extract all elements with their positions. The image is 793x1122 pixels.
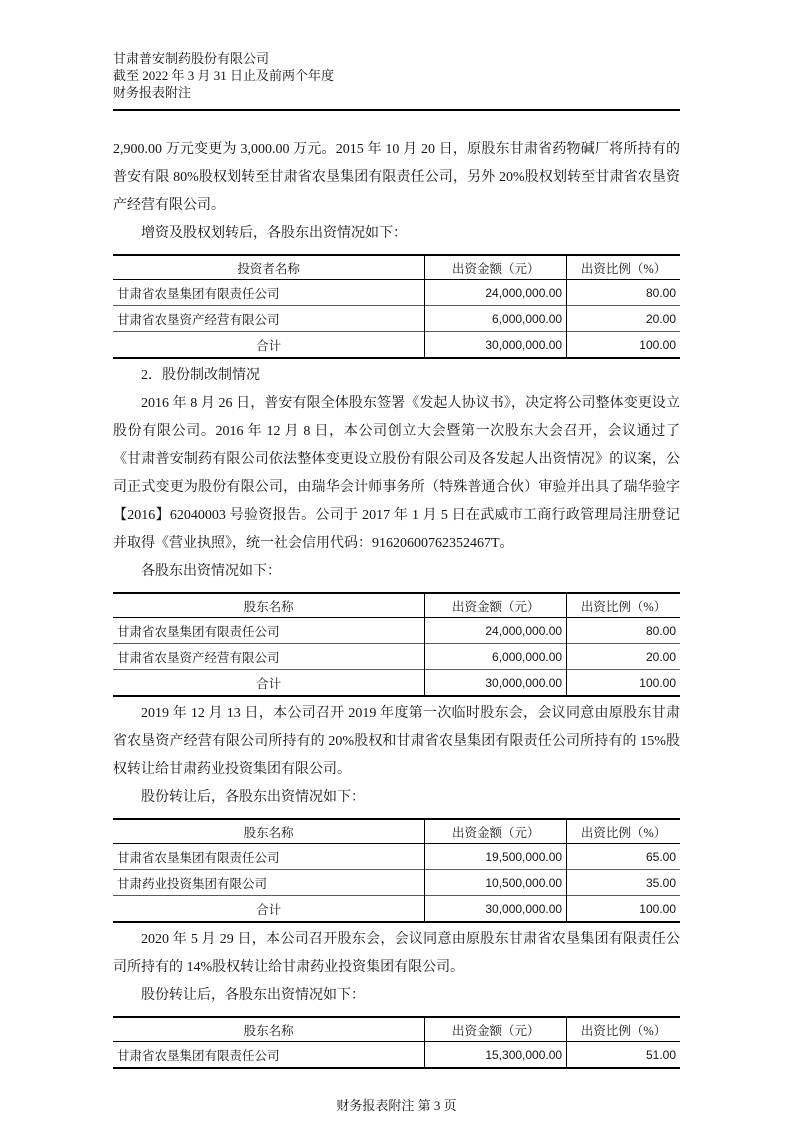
table-header-row: 投资者名称出资金额（元）出资比例（%） [113, 255, 680, 280]
section-heading-restructuring: 2．股份制改制情况 [113, 362, 680, 390]
table-row: 甘肃省农垦集团有限责任公司24,000,000.0080.00 [113, 280, 680, 306]
table-header-col-name: 股东名称 [113, 819, 425, 844]
paragraph-lead-shareholders-2016: 各股东出资情况如下： [113, 558, 680, 586]
table-total-row: 合计30,000,000.00100.00 [113, 670, 680, 697]
table-cell-col-amount: 30,000,000.00 [425, 670, 567, 697]
table-cell-col-amount: 19,500,000.00 [425, 844, 567, 870]
table-cell-col-amount: 24,000,000.00 [425, 618, 567, 644]
table-cell-col-amount: 24,000,000.00 [425, 280, 567, 306]
table-cell-col-name: 甘肃省农垦资产经营有限公司 [113, 306, 425, 332]
footer-page-label: 财务报表附注 第 3 页 [336, 1098, 456, 1113]
table-header-col-name: 投资者名称 [113, 255, 425, 280]
table-cell-col-name: 合计 [113, 896, 425, 923]
table-header-col-ratio: 出资比例（%） [567, 593, 680, 618]
table-row: 甘肃药业投资集团有限公司10,500,000.0035.00 [113, 870, 680, 896]
table-cell-col-ratio: 100.00 [567, 332, 680, 359]
paragraph-lead-transfer-2020: 股份转让后，各股东出资情况如下： [113, 982, 680, 1010]
paragraph-lead-increase: 增资及股权划转后，各股东出资情况如下： [113, 220, 680, 248]
table-shareholders-2016: 股东名称出资金额（元）出资比例（%）甘肃省农垦集团有限责任公司24,000,00… [113, 592, 680, 697]
table-cell-col-name: 甘肃省农垦集团有限责任公司 [113, 618, 425, 644]
table-cell-col-name: 甘肃省农垦集团有限责任公司 [113, 844, 425, 870]
table-cell-col-ratio: 80.00 [567, 618, 680, 644]
table-header-col-amount: 出资金额（元） [425, 255, 567, 280]
table-cell-col-name: 甘肃省农垦集团有限责任公司 [113, 280, 425, 306]
table-cell-col-name: 甘肃药业投资集团有限公司 [113, 870, 425, 896]
page-footer: 财务报表附注 第 3 页 [113, 1095, 680, 1114]
table-header-col-ratio: 出资比例（%） [567, 819, 680, 844]
table-cell-col-name: 甘肃省农垦资产经营有限公司 [113, 644, 425, 670]
paragraph-capital-change: 2,900.00 万元变更为 3,000.00 万元。2015 年 10 月 2… [113, 136, 680, 220]
table-header-row: 股东名称出资金额（元）出资比例（%） [113, 819, 680, 844]
table-cell-col-amount: 10,500,000.00 [425, 870, 567, 896]
paragraph-transfer-2019: 2019 年 12 月 13 日，本公司召开 2019 年度第一次临时股东会，会… [113, 700, 680, 784]
table-cell-col-ratio: 65.00 [567, 844, 680, 870]
table-header-col-ratio: 出资比例（%） [567, 1017, 680, 1042]
table-cell-col-name: 甘肃省农垦集团有限责任公司 [113, 1042, 425, 1069]
document-page: 甘肃普安制药股份有限公司 截至 2022 年 3 月 31 日止及前两个年度 财… [0, 0, 793, 1122]
table-cell-col-name: 合计 [113, 332, 425, 359]
table-total-row: 合计30,000,000.00100.00 [113, 332, 680, 359]
table-cell-col-ratio: 51.00 [567, 1042, 680, 1069]
table-cell-col-amount: 30,000,000.00 [425, 332, 567, 359]
table-header-col-ratio: 出资比例（%） [567, 255, 680, 280]
table-row: 甘肃省农垦集团有限责任公司24,000,000.0080.00 [113, 618, 680, 644]
table-cell-col-amount: 6,000,000.00 [425, 306, 567, 332]
header-company-name: 甘肃普安制药股份有限公司 [113, 50, 680, 67]
table-cell-col-amount: 30,000,000.00 [425, 896, 567, 923]
header-doc-title: 财务报表附注 [113, 84, 680, 101]
table-row: 甘肃省农垦集团有限责任公司15,300,000.0051.00 [113, 1042, 680, 1069]
table-header-row: 股东名称出资金额（元）出资比例（%） [113, 593, 680, 618]
table-investors-after-transfer-2015: 投资者名称出资金额（元）出资比例（%）甘肃省农垦集团有限责任公司24,000,0… [113, 254, 680, 359]
paragraph-transfer-2020: 2020 年 5 月 29 日，本公司召开股东会，会议同意由原股东甘肃省农垦集团… [113, 926, 680, 982]
paragraph-lead-transfer-2019: 股份转让后，各股东出资情况如下： [113, 784, 680, 812]
table-header-row: 股东名称出资金额（元）出资比例（%） [113, 1017, 680, 1042]
table-cell-col-ratio: 80.00 [567, 280, 680, 306]
table-cell-col-ratio: 100.00 [567, 670, 680, 697]
page-header: 甘肃普安制药股份有限公司 截至 2022 年 3 月 31 日止及前两个年度 财… [113, 50, 680, 101]
table-cell-col-ratio: 20.00 [567, 306, 680, 332]
table-header-col-amount: 出资金额（元） [425, 593, 567, 618]
table-header-col-amount: 出资金额（元） [425, 1017, 567, 1042]
table-cell-col-ratio: 20.00 [567, 644, 680, 670]
table-cell-col-ratio: 100.00 [567, 896, 680, 923]
header-report-period: 截至 2022 年 3 月 31 日止及前两个年度 [113, 67, 680, 84]
table-cell-col-ratio: 35.00 [567, 870, 680, 896]
table-cell-col-amount: 15,300,000.00 [425, 1042, 567, 1069]
table-shareholders-2019: 股东名称出资金额（元）出资比例（%）甘肃省农垦集团有限责任公司19,500,00… [113, 818, 680, 923]
paragraph-restructuring-2016: 2016 年 8 月 26 日，普安有限全体股东签署《发起人协议书》，决定将公司… [113, 390, 680, 558]
table-row: 甘肃省农垦资产经营有限公司6,000,000.0020.00 [113, 644, 680, 670]
table-shareholders-2020: 股东名称出资金额（元）出资比例（%）甘肃省农垦集团有限责任公司15,300,00… [113, 1016, 680, 1069]
header-divider [113, 109, 680, 111]
table-cell-col-name: 合计 [113, 670, 425, 697]
document-body: 2,900.00 万元变更为 3,000.00 万元。2015 年 10 月 2… [113, 136, 680, 1069]
table-header-col-name: 股东名称 [113, 593, 425, 618]
table-cell-col-amount: 6,000,000.00 [425, 644, 567, 670]
table-header-col-amount: 出资金额（元） [425, 819, 567, 844]
table-header-col-name: 股东名称 [113, 1017, 425, 1042]
table-row: 甘肃省农垦集团有限责任公司19,500,000.0065.00 [113, 844, 680, 870]
table-total-row: 合计30,000,000.00100.00 [113, 896, 680, 923]
table-row: 甘肃省农垦资产经营有限公司6,000,000.0020.00 [113, 306, 680, 332]
